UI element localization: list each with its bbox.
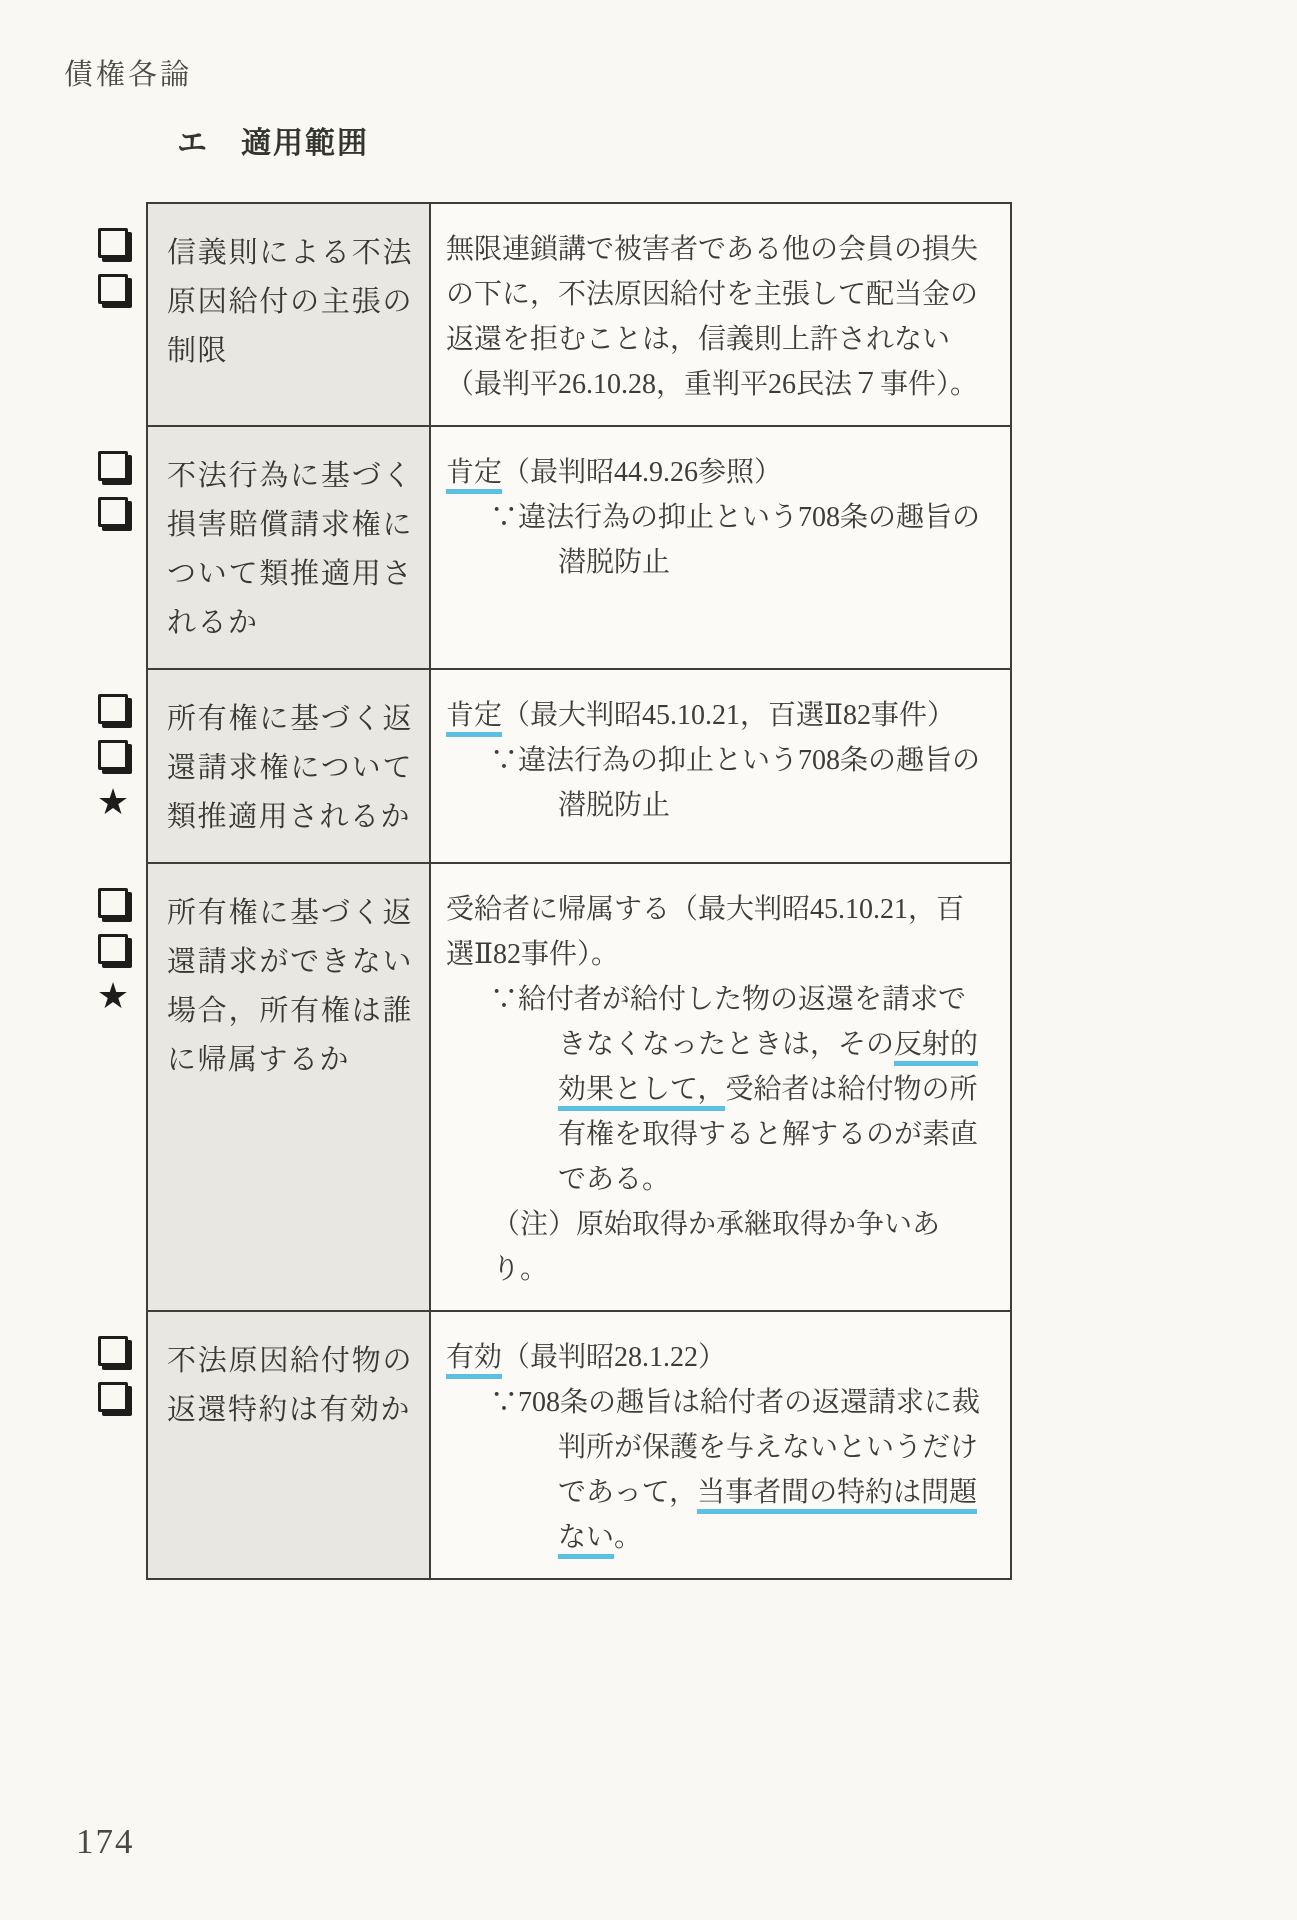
checkbox-icon	[98, 1336, 128, 1366]
checkbox-icon	[98, 497, 128, 527]
question-text: 不法行為に基づく損害賠償請求権について類推適用されるか	[167, 460, 413, 639]
answer-cell: 有効（最判昭28.1.22）∵708条の趣旨は給付者の返還請求に裁判所が保護を与…	[431, 1312, 1010, 1578]
answer-line: ∵708条の趣旨は給付者の返還請求に裁判所が保護を与えないというだけであって，当…	[558, 1380, 990, 1560]
star-icon: ★	[97, 786, 129, 820]
answer-line: ∵給付者が給付した物の返還を請求できなくなったときは，その反射的効果として，受給…	[558, 977, 990, 1202]
checkbox-icon	[98, 228, 128, 258]
checkbox-icon	[98, 694, 128, 724]
answer-cell: 無限連鎖講で被害者である他の会員の損失の下に，不法原因給付を主張して配当金の返還…	[431, 204, 1010, 425]
answer-text: 。	[614, 1522, 642, 1553]
section-heading: エ 適用範囲	[177, 118, 369, 162]
marker-underline: 有効	[446, 1342, 502, 1379]
page-number: 174	[76, 1822, 135, 1862]
question-cell: 不法行為に基づく損害賠償請求権について類推適用されるか	[148, 427, 431, 668]
marker-underline: 肯定	[446, 457, 502, 494]
answer-line: 肯定（最判昭44.9.26参照）	[446, 450, 990, 495]
star-icon: ★	[97, 980, 129, 1014]
answer-line: 無限連鎖講で被害者である他の会員の損失の下に，不法原因給付を主張して配当金の返還…	[446, 227, 990, 407]
table-row: ★ 所有権に基づく返還請求ができない場合，所有権は誰に帰属するか 受給者に帰属す…	[148, 864, 1010, 1312]
running-header: 債権各論	[64, 52, 192, 93]
qa-table: 信義則による不法原因給付の主張の制限 無限連鎖講で被害者である他の会員の損失の下…	[146, 202, 1012, 1580]
section-label: エ	[177, 118, 209, 162]
row-markers	[90, 228, 136, 307]
question-text: 不法原因給付物の返還特約は有効か	[167, 1345, 413, 1426]
answer-line: 受給者に帰属する（最大判昭45.10.21，百選Ⅱ82事件）。	[446, 887, 990, 977]
row-markers: ★	[90, 888, 136, 1014]
answer-text: （最判昭44.9.26参照）	[502, 457, 782, 488]
checkbox-icon	[98, 740, 128, 770]
row-markers	[90, 1336, 136, 1415]
section-title: 適用範囲	[241, 118, 369, 162]
checkbox-icon	[98, 1382, 128, 1412]
question-cell: 信義則による不法原因給付の主張の制限	[148, 204, 431, 425]
checkbox-icon	[98, 934, 128, 964]
answer-text: 無限連鎖講で被害者である他の会員の損失の下に，不法原因給付を主張して配当金の返還…	[446, 234, 978, 400]
answer-line: 肯定（最大判昭45.10.21，百選Ⅱ82事件）	[446, 693, 990, 738]
answer-cell: 受給者に帰属する（最大判昭45.10.21，百選Ⅱ82事件）。∵給付者が給付した…	[431, 864, 1010, 1310]
question-text: 所有権に基づく返還請求ができない場合，所有権は誰に帰属するか	[167, 897, 413, 1076]
table-row: ★ 所有権に基づく返還請求権について類推適用されるか 肯定（最大判昭45.10.…	[148, 670, 1010, 864]
table-row: 不法原因給付物の返還特約は有効か 有効（最判昭28.1.22）∵708条の趣旨は…	[148, 1312, 1010, 1578]
row-markers: ★	[90, 694, 136, 820]
answer-text: 受給者に帰属する（最大判昭45.10.21，百選Ⅱ82事件）。	[446, 894, 964, 970]
answer-text: （最大判昭45.10.21，百選Ⅱ82事件）	[502, 700, 955, 731]
answer-text: ∵違法行為の抑止という708条の趣旨の潜脱防止	[490, 745, 980, 821]
checkbox-icon	[98, 888, 128, 918]
answer-text: ∵違法行為の抑止という708条の趣旨の潜脱防止	[490, 502, 980, 578]
question-cell: 不法原因給付物の返還特約は有効か	[148, 1312, 431, 1578]
checkbox-icon	[98, 274, 128, 304]
question-cell: 所有権に基づく返還請求権について類推適用されるか	[148, 670, 431, 862]
question-text: 信義則による不法原因給付の主張の制限	[167, 237, 413, 367]
answer-line: ∵違法行為の抑止という708条の趣旨の潜脱防止	[558, 738, 990, 828]
question-cell: 所有権に基づく返還請求ができない場合，所有権は誰に帰属するか	[148, 864, 431, 1310]
answer-line: （注）原始取得か承継取得か争いあり。	[492, 1202, 990, 1292]
question-text: 所有権に基づく返還請求権について類推適用されるか	[167, 703, 413, 833]
checkbox-icon	[98, 451, 128, 481]
table-row: 信義則による不法原因給付の主張の制限 無限連鎖講で被害者である他の会員の損失の下…	[148, 204, 1010, 427]
answer-cell: 肯定（最大判昭45.10.21，百選Ⅱ82事件）∵違法行為の抑止という708条の…	[431, 670, 1010, 862]
answer-line: ∵違法行為の抑止という708条の趣旨の潜脱防止	[558, 495, 990, 585]
answer-text: （注）原始取得か承継取得か争いあり。	[492, 1209, 940, 1285]
marker-underline: 肯定	[446, 700, 502, 737]
answer-text: （最判昭28.1.22）	[502, 1342, 726, 1373]
table-row: 不法行為に基づく損害賠償請求権について類推適用されるか 肯定（最判昭44.9.2…	[148, 427, 1010, 670]
row-markers	[90, 451, 136, 530]
answer-line: 有効（最判昭28.1.22）	[446, 1335, 990, 1380]
answer-cell: 肯定（最判昭44.9.26参照）∵違法行為の抑止という708条の趣旨の潜脱防止	[431, 427, 1010, 668]
